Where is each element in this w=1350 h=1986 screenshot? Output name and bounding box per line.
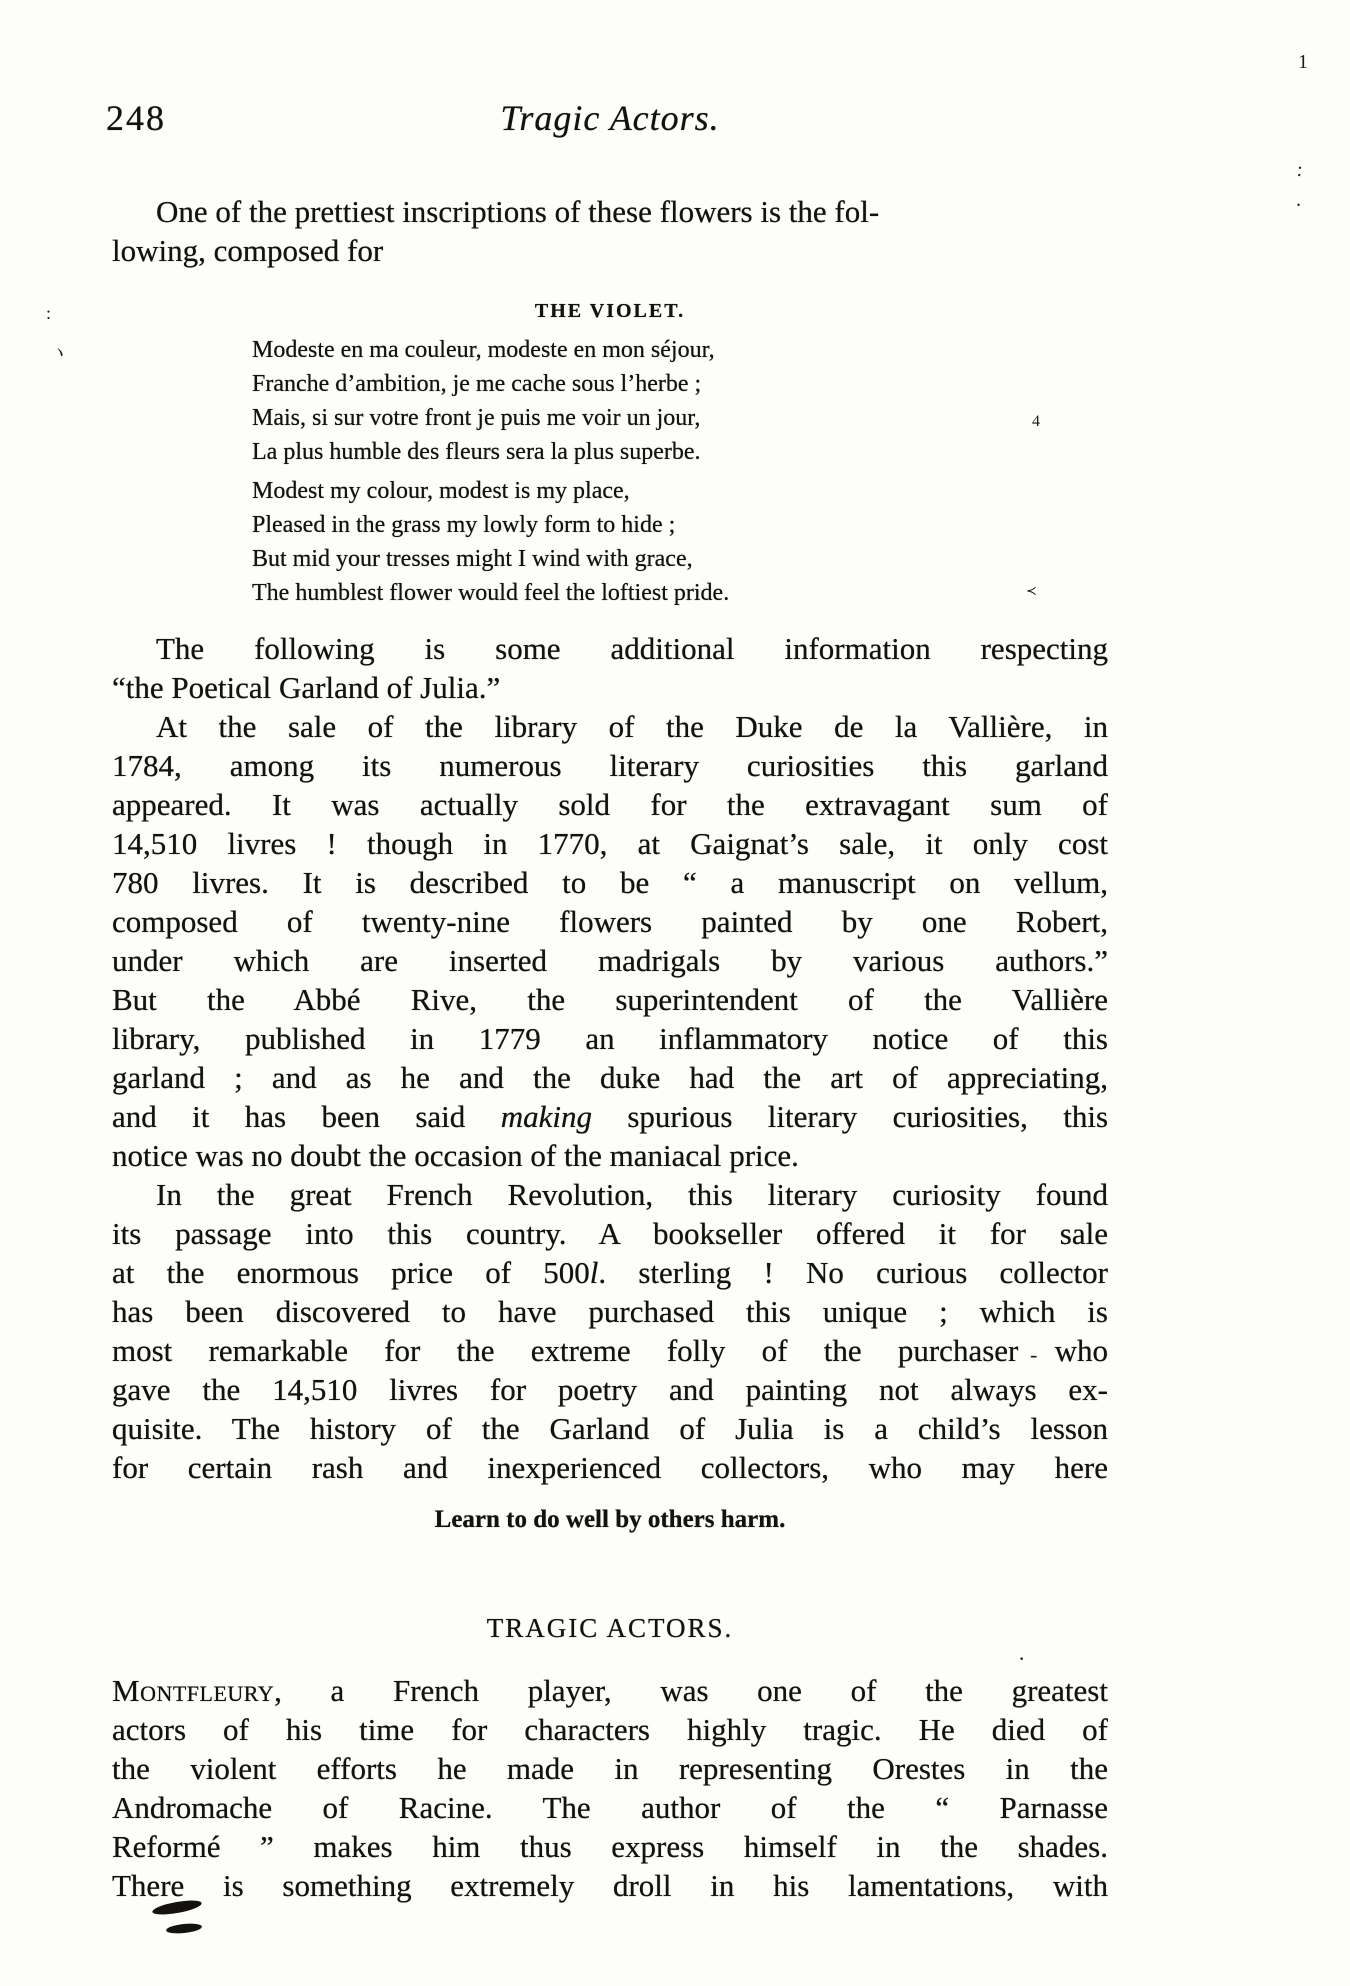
ink-artifact: . — [1296, 190, 1301, 210]
text-line: One of the prettiest inscriptions of the… — [112, 192, 1108, 231]
section-heading: TRAGIC ACTORS. — [112, 1611, 1108, 1645]
text-line: lowing, composed for — [112, 231, 1108, 270]
paragraph-revolution: In the great French Revolution, this lit… — [112, 1175, 1108, 1487]
text-line: The humblest flower would feel the lofti… — [252, 576, 1108, 610]
english-stanza: Modest my colour, modest is my place,Ple… — [112, 474, 1108, 610]
ink-artifact: : — [1296, 160, 1304, 180]
text-line: composed of twenty-nine flowers painted … — [112, 902, 1108, 941]
text-line: 780 livres. It is described to be “ a ma… — [112, 863, 1108, 902]
text-line: notice was no doubt the occasion of the … — [112, 1136, 1108, 1175]
text-line: La plus humble des fleurs sera la plus s… — [252, 435, 1108, 469]
text-line: “the Poetical Garland of Julia.” — [112, 668, 1108, 707]
ink-artifact: ヽ — [49, 343, 70, 364]
text-line: At the sale of the library of the Duke d… — [112, 707, 1108, 746]
ink-artifact: · — [1018, 1648, 1025, 1670]
text-line: its passage into this country. A booksel… — [112, 1214, 1108, 1253]
motto-line: Learn to do well by others harm. — [112, 1504, 1108, 1536]
text-line: Modeste en ma couleur, modeste en mon sé… — [252, 333, 1108, 367]
text-line: 1784, among its numerous literary curios… — [112, 746, 1108, 785]
page-header: 248 Tragic Actors. — [112, 96, 1108, 140]
text-line: most remarkable for the extreme folly of… — [112, 1331, 1108, 1370]
text-line: Franche d’ambition, je me cache sous l’h… — [252, 367, 1108, 401]
running-title: Tragic Actors. — [112, 96, 1108, 140]
paragraph-intro: One of the prettiest inscriptions of the… — [112, 192, 1108, 270]
book-page: 248 Tragic Actors. One of the prettiest … — [0, 0, 1350, 1986]
french-stanza: Modeste en ma couleur, modeste en mon sé… — [112, 333, 1108, 469]
text-line: and it has been said making spurious lit… — [112, 1097, 1108, 1136]
paragraph-montfleury: Montfleury, a French player, was one of … — [112, 1671, 1108, 1905]
text-line: Modest my colour, modest is my place, — [252, 474, 1108, 508]
text-line: garland ; and as he and the duke had the… — [112, 1058, 1108, 1097]
text-line: has been discovered to have purchased th… — [112, 1292, 1108, 1331]
text-line: There is something extremely droll in hi… — [112, 1866, 1108, 1905]
text-line: Mais, si sur votre front je puis me voir… — [252, 401, 1108, 435]
text-line: for certain rash and inexperienced colle… — [112, 1448, 1108, 1487]
text-line: But the Abbé Rive, the superintendent of… — [112, 980, 1108, 1019]
text-line: under which are inserted madrigals by va… — [112, 941, 1108, 980]
ink-artifact: 1 — [1298, 52, 1308, 72]
text-line: at the enormous price of 500l. sterling … — [112, 1253, 1108, 1292]
text-line: library, published in 1779 an inflammato… — [112, 1019, 1108, 1058]
text-line: gave the 14,510 livres for poetry and pa… — [112, 1370, 1108, 1409]
poem-heading: THE VIOLET. — [112, 298, 1108, 324]
text-line: But mid your tresses might I wind with g… — [252, 542, 1108, 576]
text-line: actors of his time for characters highly… — [112, 1710, 1108, 1749]
ink-artifact — [166, 1922, 203, 1935]
text-line: In the great French Revolution, this lit… — [112, 1175, 1108, 1214]
ink-artifact: : — [46, 304, 51, 322]
text-line: Reformé ” makes him thus express himself… — [112, 1827, 1108, 1866]
text-line: quisite. The history of the Garland of J… — [112, 1409, 1108, 1448]
text-line: 14,510 livres ! though in 1770, at Gaign… — [112, 824, 1108, 863]
paragraph-sale: At the sale of the library of the Duke d… — [112, 707, 1108, 1175]
text-line: Pleased in the grass my lowly form to hi… — [252, 508, 1108, 542]
text-line: Montfleury, a French player, was one of … — [112, 1671, 1108, 1710]
paragraph-following: The following is some additional informa… — [112, 629, 1108, 707]
text-line: the violent efforts he made in represent… — [112, 1749, 1108, 1788]
text-line: The following is some additional informa… — [112, 629, 1108, 668]
page-number: 248 — [106, 96, 166, 140]
text-line: Andromache of Racine. The author of the … — [112, 1788, 1108, 1827]
text-line: appeared. It was actually sold for the e… — [112, 785, 1108, 824]
